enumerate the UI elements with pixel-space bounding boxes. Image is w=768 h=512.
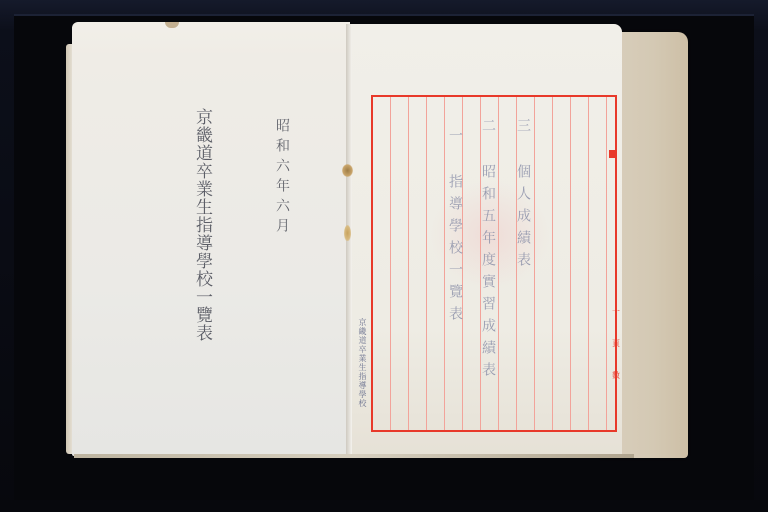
side-mark-1: 一 bbox=[612, 308, 618, 316]
toc-entry-2: 二 昭和五年度實習成績表 bbox=[478, 118, 498, 384]
cover-date: 昭和六年六月 bbox=[272, 118, 292, 238]
toc-entry-3: 三 個人成績表 bbox=[513, 118, 533, 274]
cover-title: 京畿道卒業生指導學校一覽表 bbox=[192, 108, 212, 342]
toc-entry-1: 一 指導學校一覽表 bbox=[445, 128, 465, 328]
binding-stain-upper bbox=[342, 164, 353, 177]
binding-stain-lower bbox=[344, 225, 351, 241]
booklet-bottom-edge bbox=[74, 454, 634, 458]
margin-note: 京畿道卒業生指導學校 bbox=[357, 318, 368, 408]
red-corner-mark bbox=[609, 150, 617, 158]
side-mark-3: 數 bbox=[612, 372, 618, 380]
side-mark-2: 頁 bbox=[612, 340, 618, 348]
